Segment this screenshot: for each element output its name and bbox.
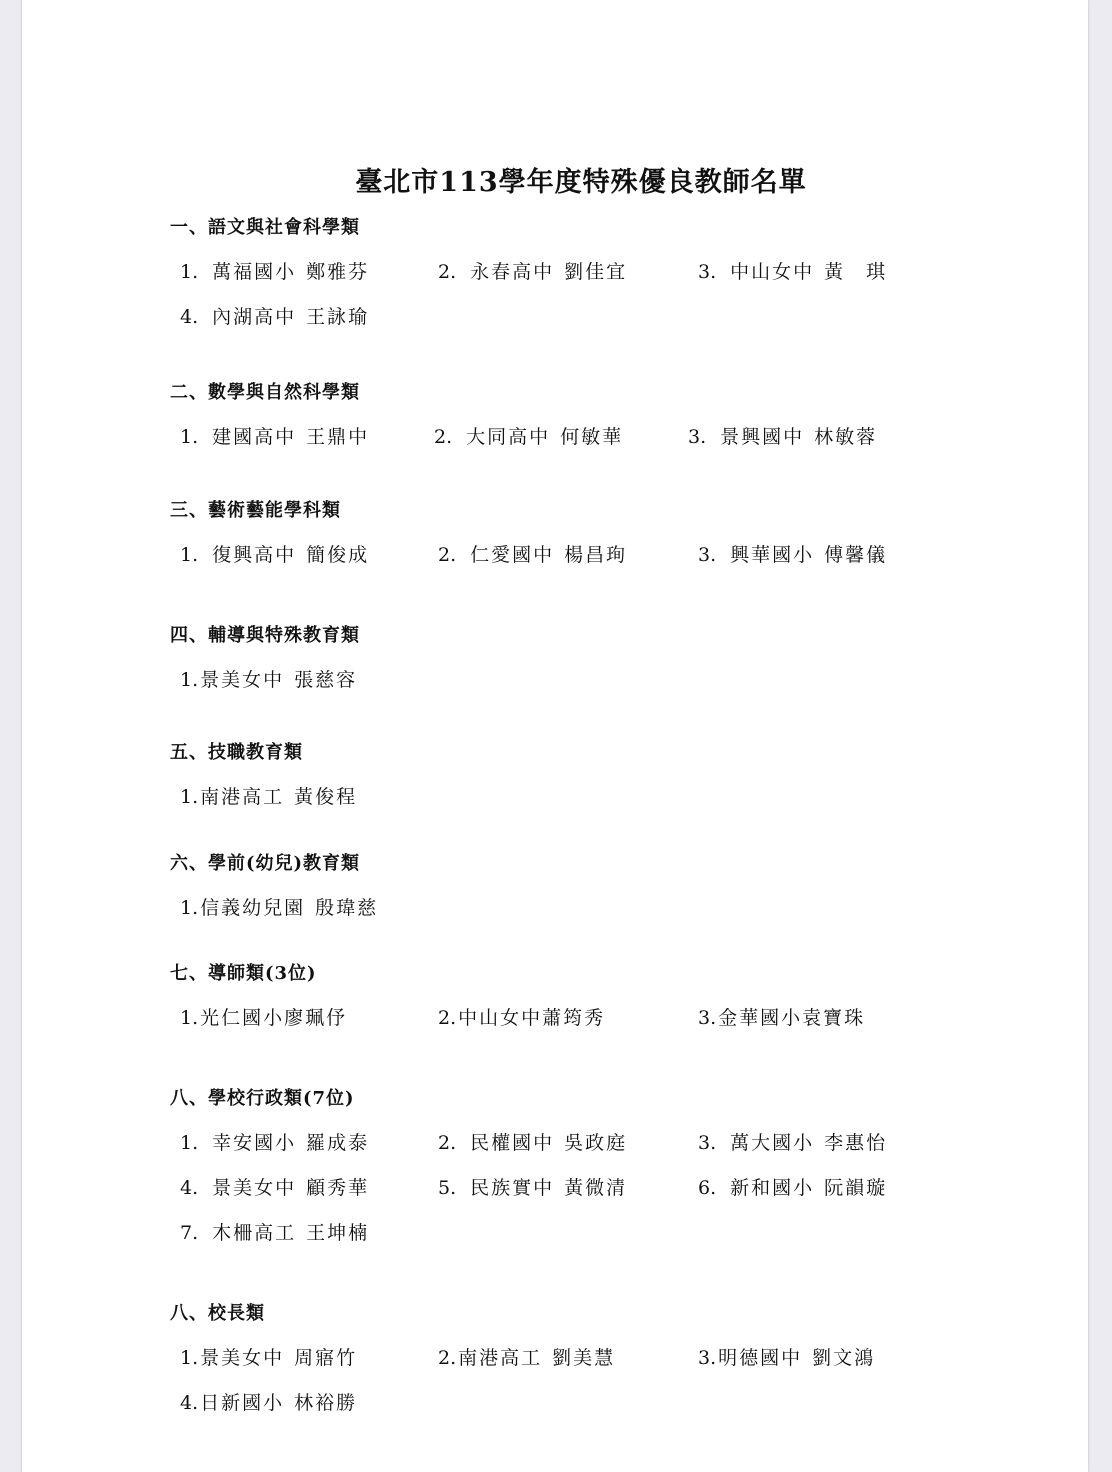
teacher-name: 楊昌珣 xyxy=(564,544,627,566)
list-item: 1.復興高中簡俊成 xyxy=(180,540,369,570)
item-number: 1. xyxy=(180,257,198,287)
section-heading: 八、校長類 xyxy=(170,1299,1050,1329)
list-item: 3.萬大國小李惠怡 xyxy=(698,1128,887,1158)
entry-row: 7.木柵高工王坤楠 xyxy=(170,1218,1050,1263)
entry-list: 1.南港高工黃俊程 xyxy=(170,782,1050,827)
school-name: 民族實中 xyxy=(470,1177,554,1199)
teacher-name: 張慈容 xyxy=(294,669,357,691)
entry-row: 1.景美女中周寤竹 2.南港高工劉美慧 3.明德國中劉文鴻 xyxy=(170,1343,1050,1388)
school-name: 內湖高中 xyxy=(212,306,296,328)
school-name: 萬福國小 xyxy=(212,261,296,283)
entry-row: 1.復興高中簡俊成 2.仁愛國中楊昌珣 3.興華國小傅馨儀 xyxy=(170,540,1050,585)
teacher-name: 黃微清 xyxy=(564,1177,627,1199)
list-item: 2.中山女中蕭筠秀 xyxy=(438,1003,605,1033)
item-number: 5. xyxy=(438,1173,456,1203)
section-heading: 六、學前(幼兒)教育類 xyxy=(170,849,1050,879)
list-item: 4.日新國小林裕勝 xyxy=(180,1388,357,1418)
list-item: 4.內湖高中王詠瑜 xyxy=(180,302,369,332)
teacher-name: 林敏蓉 xyxy=(814,426,877,448)
teacher-name: 簡俊成 xyxy=(306,544,369,566)
school-name: 日新國小 xyxy=(200,1392,284,1414)
school-name: 永春高中 xyxy=(470,261,554,283)
item-number: 3. xyxy=(688,422,706,452)
school-name: 新和國小 xyxy=(730,1177,814,1199)
section-arts: 三、藝術藝能學科類 1.復興高中簡俊成 2.仁愛國中楊昌珣 3.興華國小傅馨儀 xyxy=(170,496,1050,585)
item-number: 2. xyxy=(438,540,456,570)
teacher-name: 蕭筠秀 xyxy=(542,1007,605,1029)
teacher-name: 李惠怡 xyxy=(824,1132,887,1154)
list-item: 1.光仁國小廖珮伃 xyxy=(180,1003,347,1033)
section-heading: 三、藝術藝能學科類 xyxy=(170,496,1050,526)
section-vocational: 五、技職教育類 1.南港高工黃俊程 xyxy=(170,738,1050,827)
school-name: 建國高中 xyxy=(212,426,296,448)
school-name: 景興國中 xyxy=(720,426,804,448)
list-item: 3.興華國小傅馨儀 xyxy=(698,540,887,570)
page-title: 臺北市113學年度特殊優良教師名單 xyxy=(48,160,1112,199)
item-number: 2. xyxy=(438,257,456,287)
teacher-name: 鄭雅芬 xyxy=(306,261,369,283)
entry-list: 1.復興高中簡俊成 2.仁愛國中楊昌珣 3.興華國小傅馨儀 xyxy=(170,540,1050,585)
section-school-administration: 八、學校行政類(7位) 1.幸安國小羅成泰 2.民權國中吳政庭 3.萬大國小李惠… xyxy=(170,1084,1050,1263)
item-number: 2. xyxy=(438,1003,456,1033)
list-item: 2.大同高中何敏華 xyxy=(434,422,623,452)
list-item: 1.萬福國小鄭雅芬 xyxy=(180,257,369,287)
section-heading: 七、導師類(3位) xyxy=(170,959,1050,989)
item-number: 2. xyxy=(438,1343,456,1373)
item-number: 3. xyxy=(698,540,716,570)
entry-row: 1.南港高工黃俊程 xyxy=(170,782,1050,827)
list-item: 1.信義幼兒園殷瑋慈 xyxy=(180,893,378,923)
entry-list: 1.光仁國小廖珮伃 2.中山女中蕭筠秀 3.金華國小袁寶珠 xyxy=(170,1003,1050,1048)
teacher-name: 傅馨儀 xyxy=(824,544,887,566)
teacher-name: 阮韻璇 xyxy=(824,1177,887,1199)
section-heading: 八、學校行政類(7位) xyxy=(170,1084,1050,1114)
item-number: 2. xyxy=(434,422,452,452)
entry-list: 1.信義幼兒園殷瑋慈 xyxy=(170,893,1050,938)
entry-row: 1.幸安國小羅成泰 2.民權國中吳政庭 3.萬大國小李惠怡 xyxy=(170,1128,1050,1173)
list-item: 2.民權國中吳政庭 xyxy=(438,1128,627,1158)
item-number: 1. xyxy=(180,782,198,812)
item-number: 3. xyxy=(698,1343,716,1373)
section-preschool: 六、學前(幼兒)教育類 1.信義幼兒園殷瑋慈 xyxy=(170,849,1050,938)
teacher-name: 劉美慧 xyxy=(552,1347,615,1369)
teacher-name: 劉文鴻 xyxy=(812,1347,875,1369)
school-name: 信義幼兒園 xyxy=(200,897,305,919)
school-name: 明德國中 xyxy=(718,1347,802,1369)
item-number: 4. xyxy=(180,302,198,332)
school-name: 南港高工 xyxy=(458,1347,542,1369)
entry-row: 1.信義幼兒園殷瑋慈 xyxy=(170,893,1050,938)
list-item: 1.幸安國小羅成泰 xyxy=(180,1128,369,1158)
school-name: 大同高中 xyxy=(466,426,550,448)
section-homeroom-teachers: 七、導師類(3位) 1.光仁國小廖珮伃 2.中山女中蕭筠秀 3.金華國小袁寶珠 xyxy=(170,959,1050,1048)
entry-list: 1.景美女中張慈容 xyxy=(170,665,1050,710)
document-page: 臺北市113學年度特殊優良教師名單 一、語文與社會科學類 1.萬福國小鄭雅芬 2… xyxy=(22,0,1088,1472)
section-heading: 二、數學與自然科學類 xyxy=(170,378,1050,408)
list-item: 1.南港高工黃俊程 xyxy=(180,782,357,812)
list-item: 7.木柵高工王坤楠 xyxy=(180,1218,369,1248)
entry-list: 1.建國高中王鼎中 2.大同高中何敏華 3.景興國中林敏蓉 xyxy=(170,422,1050,467)
list-item: 2.永春高中劉佳宜 xyxy=(438,257,627,287)
teacher-name: 黃 琪 xyxy=(824,261,887,283)
list-item: 5.民族實中黃微清 xyxy=(438,1173,627,1203)
school-name: 幸安國小 xyxy=(212,1132,296,1154)
entry-row: 1.萬福國小鄭雅芬 2.永春高中劉佳宜 3.中山女中黃 琪 xyxy=(170,257,1050,302)
list-item: 2.仁愛國中楊昌珣 xyxy=(438,540,627,570)
teacher-name: 黃俊程 xyxy=(294,786,357,808)
section-counseling-special-ed: 四、輔導與特殊教育類 1.景美女中張慈容 xyxy=(170,621,1050,710)
entry-row: 4.內湖高中王詠瑜 xyxy=(170,302,1050,347)
teacher-name: 殷瑋慈 xyxy=(315,897,378,919)
section-heading: 四、輔導與特殊教育類 xyxy=(170,621,1050,651)
entry-row: 4.景美女中顧秀華 5.民族實中黃微清 6.新和國小阮韻璇 xyxy=(170,1173,1050,1218)
list-item: 4.景美女中顧秀華 xyxy=(180,1173,369,1203)
entry-row: 1.景美女中張慈容 xyxy=(170,665,1050,710)
list-item: 3.明德國中劉文鴻 xyxy=(698,1343,875,1373)
teacher-name: 袁寶珠 xyxy=(802,1007,865,1029)
teacher-name: 吳政庭 xyxy=(564,1132,627,1154)
list-item: 3.金華國小袁寶珠 xyxy=(698,1003,865,1033)
item-number: 4. xyxy=(180,1173,198,1203)
entry-row: 4.日新國小林裕勝 xyxy=(170,1388,1050,1433)
section-heading: 一、語文與社會科學類 xyxy=(170,213,1050,243)
item-number: 1. xyxy=(180,1343,198,1373)
teacher-name: 何敏華 xyxy=(560,426,623,448)
teacher-name: 劉佳宜 xyxy=(564,261,627,283)
item-number: 1. xyxy=(180,665,198,695)
list-item: 1.景美女中周寤竹 xyxy=(180,1343,357,1373)
item-number: 3. xyxy=(698,1128,716,1158)
item-number: 1. xyxy=(180,540,198,570)
teacher-name: 王鼎中 xyxy=(306,426,369,448)
entry-list: 1.景美女中周寤竹 2.南港高工劉美慧 3.明德國中劉文鴻 4.日新國小林裕勝 xyxy=(170,1343,1050,1433)
school-name: 萬大國小 xyxy=(730,1132,814,1154)
list-item: 2.南港高工劉美慧 xyxy=(438,1343,615,1373)
section-principals: 八、校長類 1.景美女中周寤竹 2.南港高工劉美慧 3.明德國中劉文鴻 4.日新… xyxy=(170,1299,1050,1433)
teacher-name: 顧秀華 xyxy=(306,1177,369,1199)
school-name: 中山女中 xyxy=(458,1007,542,1029)
school-name: 景美女中 xyxy=(212,1177,296,1199)
school-name: 興華國小 xyxy=(730,544,814,566)
item-number: 1. xyxy=(180,1128,198,1158)
entry-list: 1.萬福國小鄭雅芬 2.永春高中劉佳宜 3.中山女中黃 琪 4.內湖高中王詠瑜 xyxy=(170,257,1050,347)
school-name: 中山女中 xyxy=(730,261,814,283)
list-item: 1.建國高中王鼎中 xyxy=(180,422,369,452)
teacher-name: 廖珮伃 xyxy=(284,1007,347,1029)
item-number: 4. xyxy=(180,1388,198,1418)
teacher-name: 周寤竹 xyxy=(294,1347,357,1369)
item-number: 7. xyxy=(180,1218,198,1248)
school-name: 光仁國小 xyxy=(200,1007,284,1029)
school-name: 金華國小 xyxy=(718,1007,802,1029)
entry-row: 1.光仁國小廖珮伃 2.中山女中蕭筠秀 3.金華國小袁寶珠 xyxy=(170,1003,1050,1048)
item-number: 6. xyxy=(698,1173,716,1203)
entry-row: 1.建國高中王鼎中 2.大同高中何敏華 3.景興國中林敏蓉 xyxy=(170,422,1050,467)
section-heading: 五、技職教育類 xyxy=(170,738,1050,768)
teacher-name: 王詠瑜 xyxy=(306,306,369,328)
school-name: 景美女中 xyxy=(200,669,284,691)
list-item: 3.中山女中黃 琪 xyxy=(698,257,887,287)
school-name: 木柵高工 xyxy=(212,1222,296,1244)
school-name: 景美女中 xyxy=(200,1347,284,1369)
list-item: 3.景興國中林敏蓉 xyxy=(688,422,877,452)
item-number: 2. xyxy=(438,1128,456,1158)
list-item: 6.新和國小阮韻璇 xyxy=(698,1173,887,1203)
item-number: 1. xyxy=(180,1003,198,1033)
entry-list: 1.幸安國小羅成泰 2.民權國中吳政庭 3.萬大國小李惠怡 4.景美女中顧秀華 … xyxy=(170,1128,1050,1263)
section-language-social-science: 一、語文與社會科學類 1.萬福國小鄭雅芬 2.永春高中劉佳宜 3.中山女中黃 琪… xyxy=(170,213,1050,347)
school-name: 仁愛國中 xyxy=(470,544,554,566)
teacher-name: 王坤楠 xyxy=(306,1222,369,1244)
school-name: 復興高中 xyxy=(212,544,296,566)
item-number: 3. xyxy=(698,257,716,287)
list-item: 1.景美女中張慈容 xyxy=(180,665,357,695)
school-name: 南港高工 xyxy=(200,786,284,808)
school-name: 民權國中 xyxy=(470,1132,554,1154)
teacher-name: 羅成泰 xyxy=(306,1132,369,1154)
item-number: 1. xyxy=(180,422,198,452)
item-number: 3. xyxy=(698,1003,716,1033)
teacher-name: 林裕勝 xyxy=(294,1392,357,1414)
item-number: 1. xyxy=(180,893,198,923)
section-math-natural-science: 二、數學與自然科學類 1.建國高中王鼎中 2.大同高中何敏華 3.景興國中林敏蓉 xyxy=(170,378,1050,467)
